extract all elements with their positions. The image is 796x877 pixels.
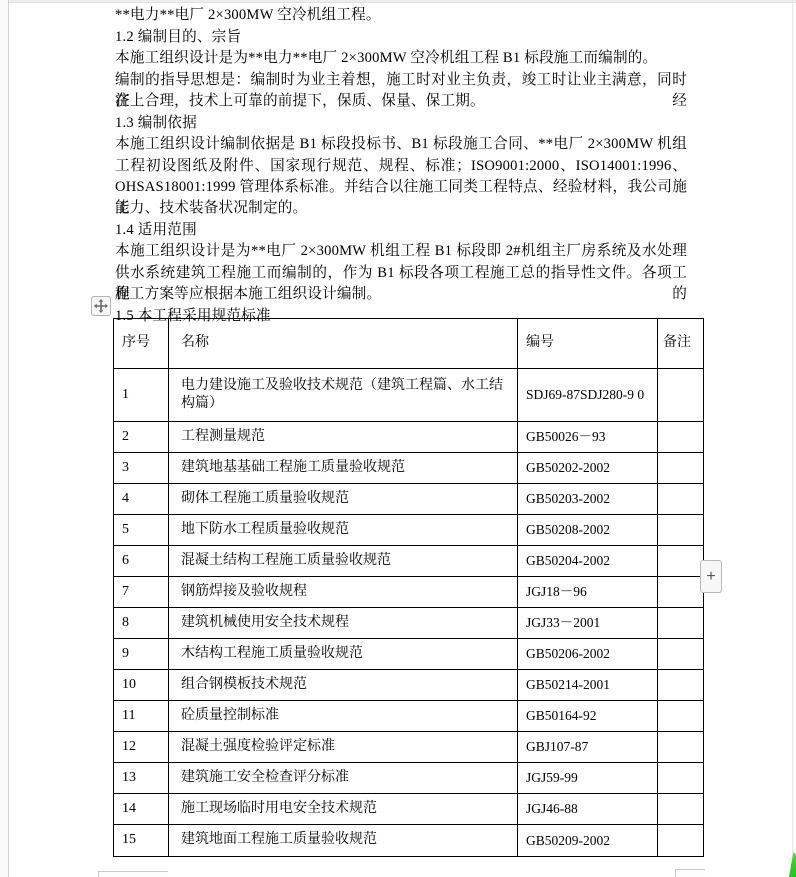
plus-button[interactable]: +: [700, 560, 722, 593]
cell-name: 钢筋焊接及验收规程: [169, 577, 518, 608]
cell-num: 15: [114, 825, 169, 857]
table-row: 1电力建设施工及验收技术规范（建筑工程篇、水工结构篇）SDJ69-87SDJ28…: [114, 369, 704, 422]
cell-code: JGJ18－96: [518, 577, 658, 608]
heading-1-2: 1.2 编制目的、宗旨: [115, 27, 687, 48]
standards-table: 序号名称编号备注 1电力建设施工及验收技术规范（建筑工程篇、水工结构篇）SDJ6…: [113, 318, 704, 857]
cell-name: 工程测量规范: [169, 422, 518, 453]
cell-remark: [658, 484, 704, 515]
cell-num: 14: [114, 794, 169, 825]
table-row: 5地下防水工程质量验收规范GB50208-2002: [114, 515, 704, 546]
cell-code: SDJ69-87SDJ280-9 0: [518, 369, 658, 422]
cell-num: 6: [114, 546, 169, 577]
cell-code: GB50026－93: [518, 422, 658, 453]
cell-code: GB50209-2002: [518, 825, 658, 857]
cell-code: GBJ107-87: [518, 732, 658, 763]
cell-code: GB50164-92: [518, 701, 658, 732]
table-row: 7钢筋焊接及验收规程JGJ18－96: [114, 577, 704, 608]
table-row: 11砼质量控制标准GB50164-92: [114, 701, 704, 732]
heading-1-4: 1.4 适用范围: [115, 220, 687, 241]
cell-num: 13: [114, 763, 169, 794]
cell-code: GB50202-2002: [518, 453, 658, 484]
table-row: 8建筑机械使用安全技术规程JGJ33－2001: [114, 608, 704, 639]
cell-code: JGJ59-99: [518, 763, 658, 794]
table-row: 6混凝土结构工程施工质量验收规范GB50204-2002: [114, 546, 704, 577]
table-row: 2工程测量规范GB50026－93: [114, 422, 704, 453]
cell-remark: [658, 794, 704, 825]
cell-name: 组合钢模板技术规范: [169, 670, 518, 701]
cell-code: GB50206-2002: [518, 639, 658, 670]
table-row: 9木结构工程施工质量验收规范GB50206-2002: [114, 639, 704, 670]
cell-num: 7: [114, 577, 169, 608]
cell-name: 建筑地面工程施工质量验收规范: [169, 825, 518, 857]
cell-name: 木结构工程施工质量验收规范: [169, 639, 518, 670]
text-line: OHSAS18001:1999 管理体系标准。并结合以往施工同类工程特点、经验材…: [115, 177, 687, 198]
cell-code: GB50214-2001: [518, 670, 658, 701]
cell-num: 2: [114, 422, 169, 453]
cell-name: 混凝土结构工程施工质量验收规范: [169, 546, 518, 577]
cell-num: 4: [114, 484, 169, 515]
scroll-fragment-right: [675, 869, 705, 877]
cell-remark: [658, 515, 704, 546]
page-left-edge: [0, 0, 9, 877]
cell-code: GB50204-2002: [518, 546, 658, 577]
cell-num: 3: [114, 453, 169, 484]
cell-name: 砼质量控制标准: [169, 701, 518, 732]
cell-num: 1: [114, 369, 169, 422]
cell-name: 砌体工程施工质量验收规范: [169, 484, 518, 515]
table-row: 3建筑地基基础工程施工质量验收规范GB50202-2002: [114, 453, 704, 484]
cell-name: 混凝土强度检验评定标准: [169, 732, 518, 763]
cell-remark: [658, 732, 704, 763]
column-header-num: 序号: [114, 319, 169, 369]
text-line: 能力、技术装备状况制定的。: [115, 198, 687, 219]
text-line: 本施工组织设计是为**电力**电厂 2×300MW 空冷机组工程 B1 标段施工…: [115, 48, 687, 69]
cell-remark: [658, 608, 704, 639]
cell-remark: [658, 639, 704, 670]
table-row: 15建筑地面工程施工质量验收规范GB50209-2002: [114, 825, 704, 857]
text-line: 编制的指导思想是：编制时为业主着想，施工时对业主负责，竣工时让业主满意，同时在经: [115, 70, 687, 91]
document-text: 工程目的**电力**电厂 2×300MW 空冷机组工程。1.2 编制目的、宗旨本…: [115, 0, 687, 327]
cell-name: 建筑机械使用安全技术规程: [169, 608, 518, 639]
cell-name: 地下防水工程质量验收规范: [169, 515, 518, 546]
cell-code: GB50208-2002: [518, 515, 658, 546]
column-header-name: 名称: [169, 319, 518, 369]
document-page: 工程目的**电力**电厂 2×300MW 空冷机组工程。1.2 编制目的、宗旨本…: [0, 0, 796, 877]
table-row: 14施工现场临时用电安全技术规范JGJ46-88: [114, 794, 704, 825]
cell-remark: [658, 369, 704, 422]
cell-code: JGJ46-88: [518, 794, 658, 825]
table-row: 10组合钢模板技术规范GB50214-2001: [114, 670, 704, 701]
column-header-code: 编号: [518, 319, 658, 369]
cell-num: 10: [114, 670, 169, 701]
cell-remark: [658, 825, 704, 857]
cell-name: 建筑施工安全检查评分标准: [169, 763, 518, 794]
table-row: 12混凝土强度检验评定标准GBJ107-87: [114, 732, 704, 763]
cell-num: 12: [114, 732, 169, 763]
text-line: 本施工组织设计编制依据是 B1 标段投标书、B1 标段施工合同、**电厂 2×3…: [115, 134, 687, 155]
text-line: 供水系统建筑工程施工而编制的，作为 B1 标段各项工程施工总的指导性文件。各项工…: [115, 263, 687, 284]
cell-remark: [658, 701, 704, 732]
cell-remark: [658, 577, 704, 608]
cell-code: GB50203-2002: [518, 484, 658, 515]
move-cross-icon: [94, 299, 108, 313]
column-header-remark: 备注: [658, 319, 704, 369]
cell-remark: [658, 422, 704, 453]
cell-remark: [658, 546, 704, 577]
cell-remark: [658, 763, 704, 794]
cell-num: 5: [114, 515, 169, 546]
cell-name: 施工现场临时用电安全技术规范: [169, 794, 518, 825]
text-line: 工程初设图纸及附件、国家现行规范、规程、标准；ISO9001:2000、ISO1…: [115, 156, 687, 177]
table-header-row: 序号名称编号备注: [114, 319, 704, 369]
table-move-handle[interactable]: [91, 296, 111, 316]
cell-name: 电力建设施工及验收技术规范（建筑工程篇、水工结构篇）: [169, 369, 518, 422]
table-row: 13建筑施工安全检查评分标准JGJ59-99: [114, 763, 704, 794]
cell-remark: [658, 670, 704, 701]
page-right-edge: [792, 0, 793, 877]
scroll-fragment-left: [98, 871, 168, 877]
heading-1-3: 1.3 编制依据: [115, 113, 687, 134]
cell-num: 11: [114, 701, 169, 732]
cell-code: JGJ33－2001: [518, 608, 658, 639]
cell-remark: [658, 453, 704, 484]
cell-num: 9: [114, 639, 169, 670]
text-line: 本施工组织设计是为**电厂 2×300MW 机组工程 B1 标段即 2#机组主厂…: [115, 241, 687, 262]
cell-name: 建筑地基基础工程施工质量验收规范: [169, 453, 518, 484]
cell-num: 8: [114, 608, 169, 639]
text-line: **电力**电厂 2×300MW 空冷机组工程。: [115, 5, 687, 26]
table-row: 4砌体工程施工质量验收规范GB50203-2002: [114, 484, 704, 515]
